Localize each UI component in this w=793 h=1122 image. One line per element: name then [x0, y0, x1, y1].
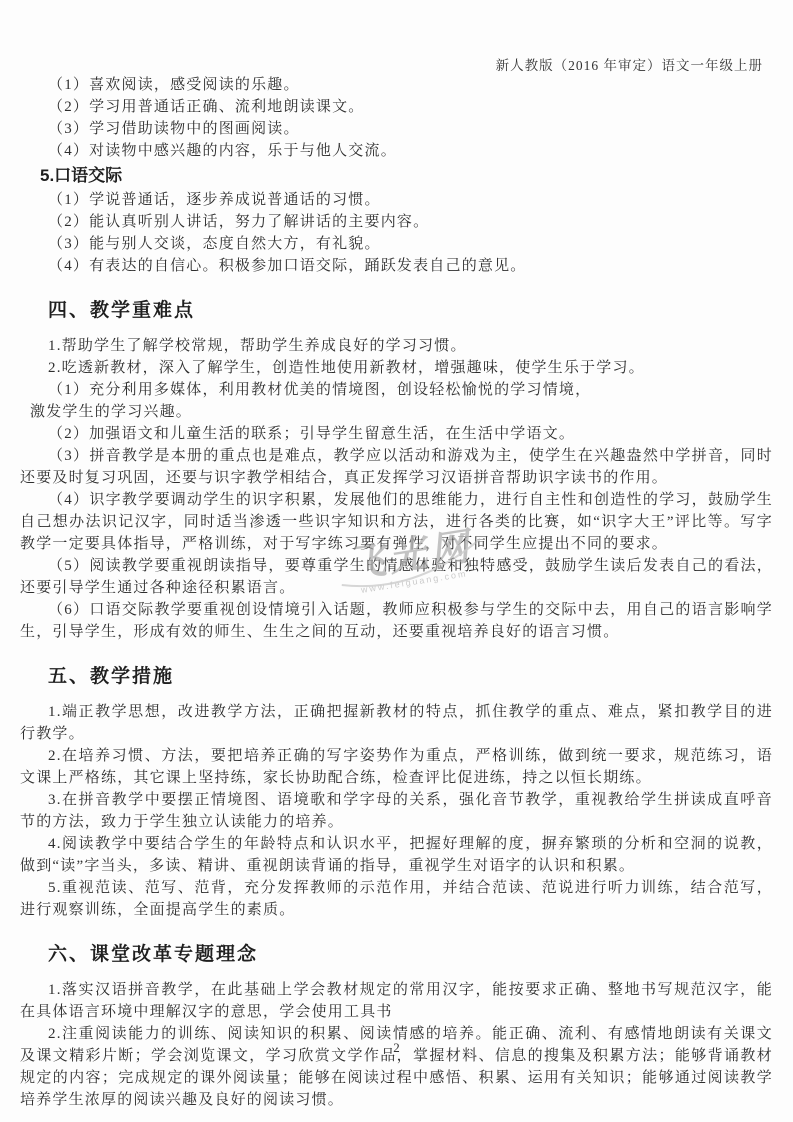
subsection-heading-oral-communication: 5.口语交际 — [20, 162, 773, 189]
paragraph: 1.帮助学生了解学校常规，帮助学生养成良好的学习习惯。 — [20, 335, 773, 357]
paragraph: （5）阅读教学要重视朗读指导，要尊重学生的情感体验和独特感受，鼓励学生读后发表自… — [20, 555, 773, 599]
paragraph: （3）拼音教学是本册的重点也是难点，教学应以活动和游戏为主，使学生在兴趣盎然中学… — [20, 445, 773, 489]
paragraph: （6）口语交际教学要重视创设情境引入话题，教师应积极参与学生的交际中去，用自己的… — [20, 599, 773, 643]
list-item: （3）能与别人交谈，态度自然大方，有礼貌。 — [20, 233, 773, 255]
list-item: （3）学习借助读物中的图画阅读。 — [20, 118, 773, 140]
list-item: （2）学习用普通话正确、流利地朗读课文。 — [20, 96, 773, 118]
list-item: （1）喜欢阅读，感受阅读的乐趣。 — [20, 74, 773, 96]
document-body: （1）喜欢阅读，感受阅读的乐趣。 （2）学习用普通话正确、流利地朗读课文。 （3… — [20, 74, 773, 1111]
paragraph: 5.重视范读、范写、范背，充分发挥教师的示范作用，并结合范读、范说进行听力训练，… — [20, 877, 773, 921]
page-number: 2 — [0, 1040, 793, 1056]
paragraph: （4）识字教学要调动学生的识字积累，发展他们的思维能力，进行自主性和创造性的学习… — [20, 489, 773, 555]
list-item: （4）对读物中感兴趣的内容，乐于与他人交流。 — [20, 140, 773, 162]
paragraph: 1.端正教学思想，改进教学方法，正确把握新教材的特点，抓住教学的重点、难点，紧扣… — [20, 701, 773, 745]
list-item: （4）有表达的自信心。积极参加口语交际，踊跃发表自己的意见。 — [20, 255, 773, 277]
paragraph: 1.落实汉语拼音教学，在此基础上学会教材规定的常用汉字，能按要求正确、整地书写规… — [20, 979, 773, 1023]
paragraph: 2.注重阅读能力的训练、阅读知识的积累、阅读情感的培养。能正确、流利、有感情地朗… — [20, 1023, 773, 1111]
section-heading-teaching-key-points: 四、教学重难点 — [20, 295, 773, 322]
paragraph: 2.在培养习惯、方法，要把培养正确的写字姿势作为重点，严格训练，做到统一要求，规… — [20, 745, 773, 789]
paragraph: （2）加强语文和儿童生活的联系；引导学生留意生活，在生活中学语文。 — [20, 423, 773, 445]
section-heading-teaching-measures: 五、教学措施 — [20, 661, 773, 688]
section-heading-classroom-reform: 六、课堂改革专题理念 — [20, 939, 773, 966]
paragraph: 2.吃透新教材，深入了解学生，创造性地使用新教材，增强趣味，使学生乐于学习。 — [20, 357, 773, 379]
header-book-title: 新人教版（2016 年审定）语文一年级上册 — [496, 54, 763, 74]
paragraph-continuation: 激发学生的学习兴趣。 — [20, 401, 773, 423]
paragraph: （1）充分利用多媒体，利用教材优美的情境图，创设轻松愉悦的学习情境， — [20, 379, 773, 401]
paragraph: 4.阅读教学中要结合学生的年龄特点和认识水平，把握好理解的度，摒弃繁琐的分析和空… — [20, 833, 773, 877]
list-item: （1）学说普通话，逐步养成说普通话的习惯。 — [20, 189, 773, 211]
paragraph: 3.在拼音教学中要摆正情境图、语境歌和学字母的关系，强化音节教学，重视教给学生拼… — [20, 789, 773, 833]
list-item: （2）能认真听别人讲话，努力了解讲话的主要内容。 — [20, 211, 773, 233]
